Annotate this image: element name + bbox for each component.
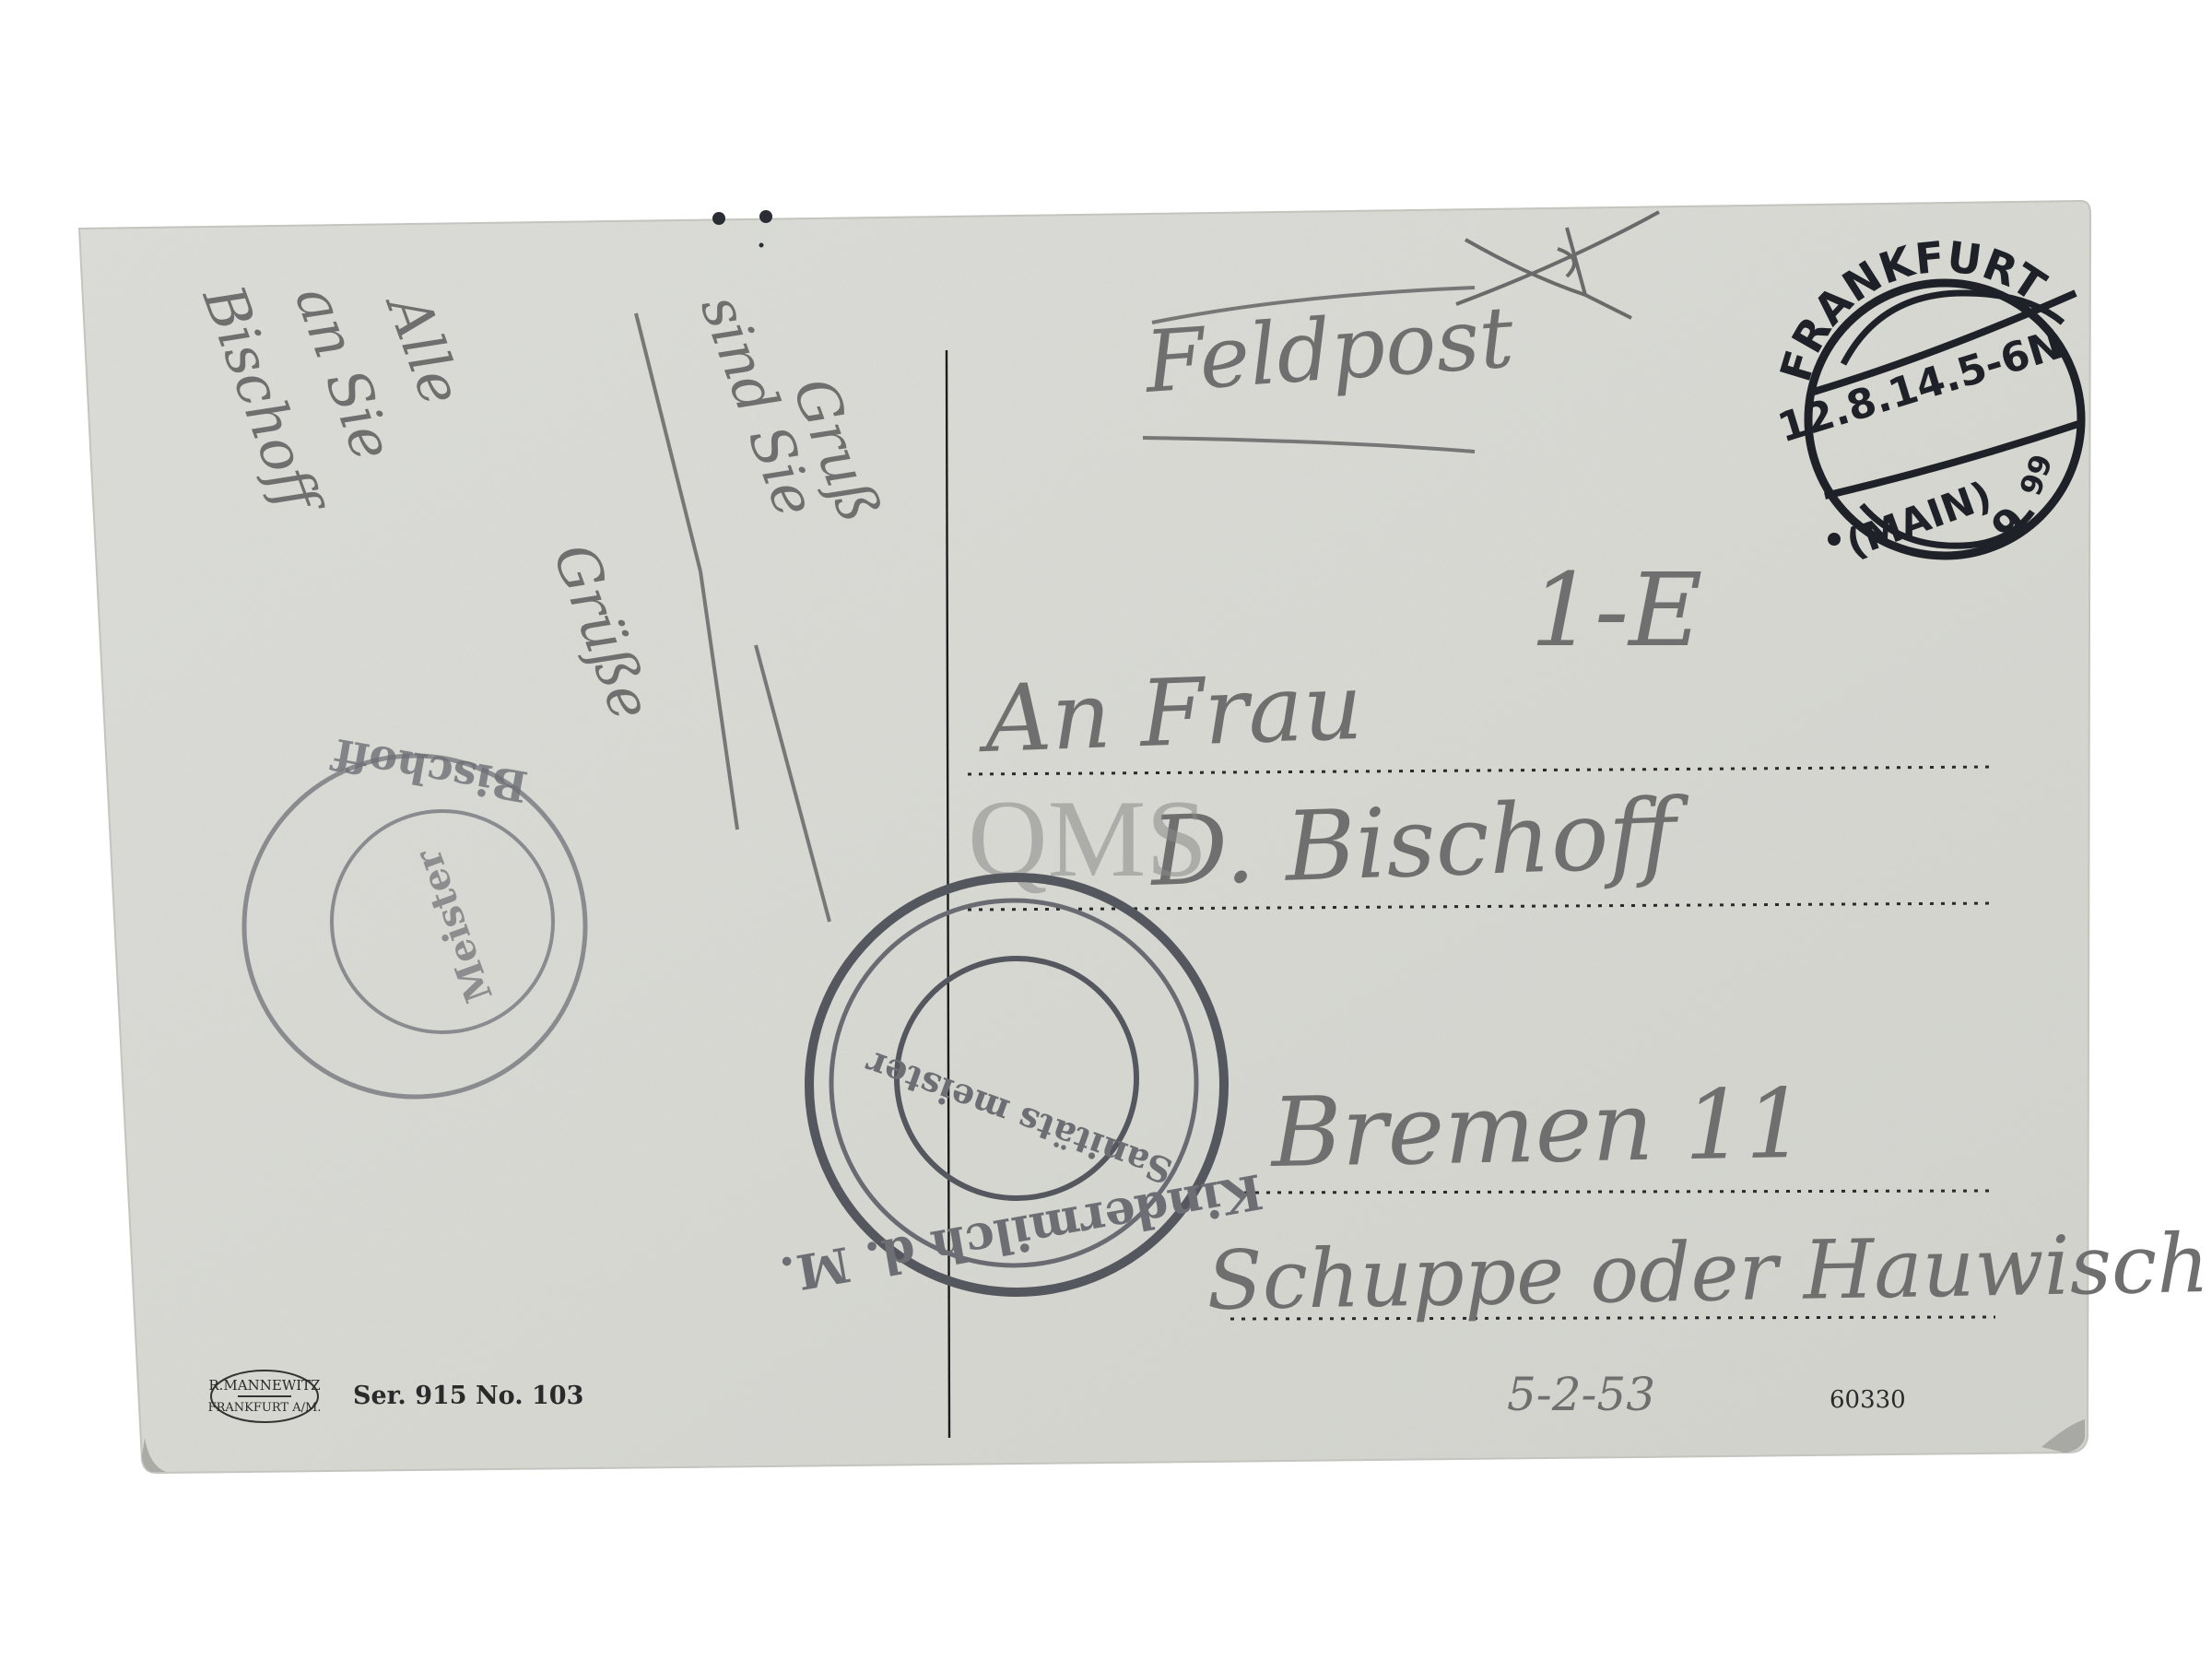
address-line-4: Schuppe oder Hauwisch bbox=[1206, 1216, 2210, 1328]
pencil-number: 5-2-53 bbox=[1507, 1368, 1655, 1421]
address-note: 1-E bbox=[1530, 551, 1702, 669]
address-line-1: An Frau bbox=[976, 653, 1364, 774]
address-line-2: D. Bischoff bbox=[1147, 777, 1693, 908]
postcard-photo: FRANKFURT 12.8.14.5-6N (MAIN) 9 99 Feldp… bbox=[0, 0, 2212, 1659]
svg-text:FRANKFURT A/M.: FRANKFURT A/M. bbox=[208, 1401, 322, 1415]
address-line-3: Bremen 11 bbox=[1268, 1067, 1806, 1189]
svg-text:R.MANNEWITZ: R.MANNEWITZ bbox=[208, 1377, 320, 1394]
print-number: 60330 bbox=[1830, 1386, 1906, 1414]
series-number: Ser. 915 No. 103 bbox=[353, 1382, 583, 1410]
